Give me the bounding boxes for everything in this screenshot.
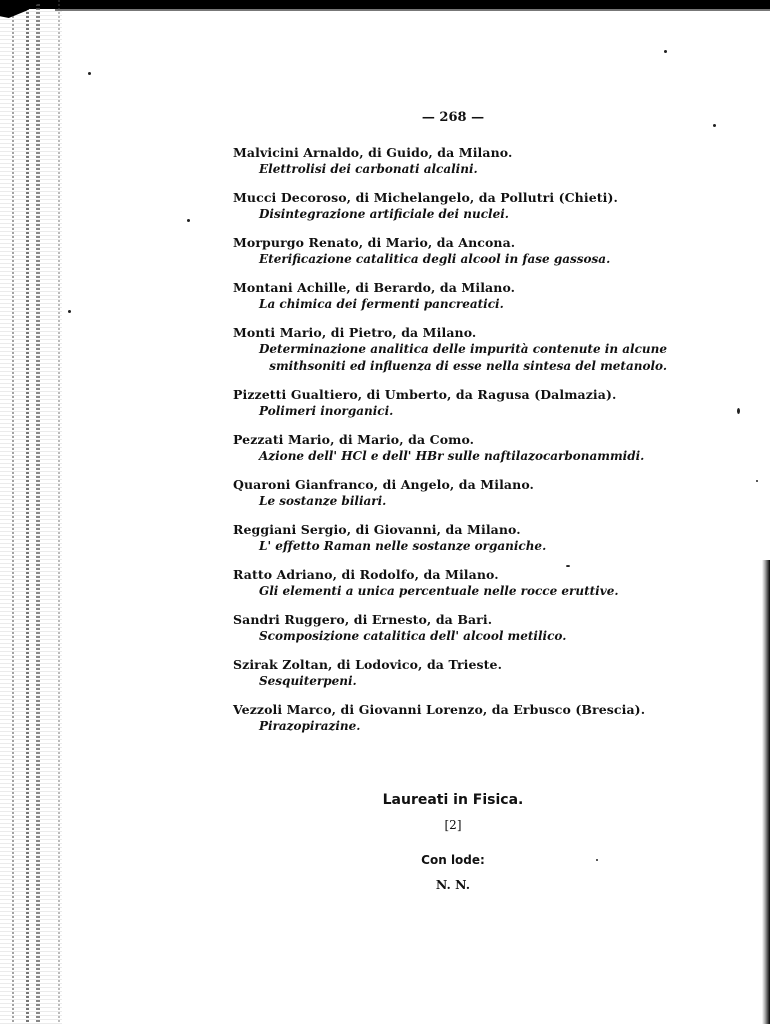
scan-speck xyxy=(756,480,758,482)
graduate-entry: Quaroni Gianfranco, di Angelo, da Milano… xyxy=(233,476,673,510)
thesis-title: Pirazopirazine. xyxy=(233,718,673,735)
section-names: N. N. xyxy=(0,877,770,892)
graduate-name: Sandri Ruggero, di Ernesto, da Bari. xyxy=(233,611,673,628)
graduate-name: Monti Mario, di Pietro, da Milano. xyxy=(233,324,673,341)
thesis-title: Eterificazione catalitica degli alcool i… xyxy=(233,251,673,268)
thesis-title: L' effetto Raman nelle sostanze organich… xyxy=(233,538,673,555)
graduate-entry: Mucci Decoroso, di Michelangelo, da Poll… xyxy=(233,189,673,223)
scanned-page: — 268 — Malvicini Arnaldo, di Guido, da … xyxy=(0,0,770,1024)
thesis-title: Elettrolisi dei carbonati alcalini. xyxy=(233,161,673,178)
graduate-list: Malvicini Arnaldo, di Guido, da Milano. … xyxy=(233,144,673,746)
binding-line xyxy=(58,0,60,1024)
thesis-title: Disintegrazione artificiale dei nuclei. xyxy=(233,206,673,223)
graduate-entry: Reggiani Sergio, di Giovanni, da Milano.… xyxy=(233,521,673,555)
graduate-name: Morpurgo Renato, di Mario, da Ancona. xyxy=(233,234,673,251)
thesis-title: Polimeri inorganici. xyxy=(233,403,673,420)
graduate-entry: Morpurgo Renato, di Mario, da Ancona. Et… xyxy=(233,234,673,268)
graduate-name: Vezzoli Marco, di Giovanni Lorenzo, da E… xyxy=(233,701,673,718)
graduate-entry: Szirak Zoltan, di Lodovico, da Trieste. … xyxy=(233,656,673,690)
thesis-title: Determinazione analitica delle impurità … xyxy=(233,341,667,375)
section-count: [2] xyxy=(0,818,770,832)
scan-binding-margin xyxy=(0,0,62,1024)
graduate-name: Quaroni Gianfranco, di Angelo, da Milano… xyxy=(233,476,673,493)
graduate-name: Pizzetti Gualtiero, di Umberto, da Ragus… xyxy=(233,386,673,403)
graduate-entry: Vezzoli Marco, di Giovanni Lorenzo, da E… xyxy=(233,701,673,735)
scan-speck xyxy=(68,310,71,313)
binding-line xyxy=(12,0,14,1024)
graduate-name: Reggiani Sergio, di Giovanni, da Milano. xyxy=(233,521,673,538)
scan-speck xyxy=(737,408,740,414)
thesis-title: La chimica dei fermenti pancreatici. xyxy=(233,296,673,313)
section-heading: Laureati in Fisica. xyxy=(0,792,770,808)
graduate-entry: Malvicini Arnaldo, di Guido, da Milano. … xyxy=(233,144,673,178)
graduate-entry: Pizzetti Gualtiero, di Umberto, da Ragus… xyxy=(233,386,673,420)
thesis-title: Le sostanze biliari. xyxy=(233,493,673,510)
thesis-title: Scomposizione catalitica dell' alcool me… xyxy=(233,628,673,645)
thesis-title: Azione dell' HCl e dell' HBr sulle nafti… xyxy=(233,448,673,465)
scan-top-edge-shadow xyxy=(55,9,770,11)
binding-line xyxy=(26,0,29,1024)
scan-speck xyxy=(664,50,667,53)
graduate-entry: Monti Mario, di Pietro, da Milano. Deter… xyxy=(233,324,673,375)
graduate-name: Malvicini Arnaldo, di Guido, da Milano. xyxy=(233,144,673,161)
binding-line xyxy=(36,0,40,1024)
graduate-entry: Montani Achille, di Berardo, da Milano. … xyxy=(233,279,673,313)
graduate-name: Montani Achille, di Berardo, da Milano. xyxy=(233,279,673,296)
graduate-entry: Sandri Ruggero, di Ernesto, da Bari. Sco… xyxy=(233,611,673,645)
graduate-entry: Ratto Adriano, di Rodolfo, da Milano. Gl… xyxy=(233,566,673,600)
page-number: — 268 — xyxy=(0,110,770,125)
thesis-title: Sesquiterpeni. xyxy=(233,673,673,690)
scan-top-edge xyxy=(20,0,770,9)
thesis-title: Gli elementi a unica percentuale nelle r… xyxy=(233,583,673,600)
graduate-entry: Pezzati Mario, di Mario, da Como. Azione… xyxy=(233,431,673,465)
graduate-name: Szirak Zoltan, di Lodovico, da Trieste. xyxy=(233,656,673,673)
scan-speck xyxy=(88,72,91,75)
scan-speck xyxy=(187,219,190,222)
graduate-name: Pezzati Mario, di Mario, da Como. xyxy=(233,431,673,448)
section-subheading: Con lode: xyxy=(0,853,770,867)
graduate-name: Mucci Decoroso, di Michelangelo, da Poll… xyxy=(233,189,673,206)
graduate-name: Ratto Adriano, di Rodolfo, da Milano. xyxy=(233,566,673,583)
